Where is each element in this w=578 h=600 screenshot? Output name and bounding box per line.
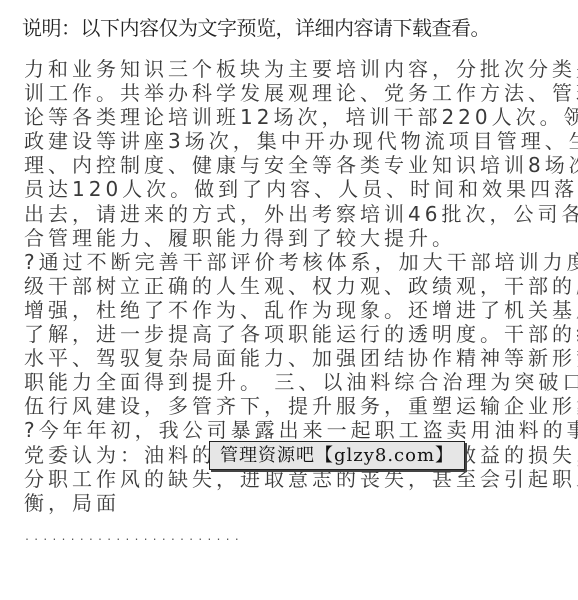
text-line: 出去，请进来的方式，外出考察培训46批次，公司各级干部综 bbox=[24, 202, 556, 226]
text-line: 员达120人次。做到了内容、人员、时间和效果四落实。利用走 bbox=[24, 177, 556, 201]
text-line: 增强，杜绝了不作为、乱作为现象。还增进了机关基层的相互 bbox=[24, 298, 556, 322]
text-line: ?通过不断完善干部评价考核体系，加大干部培训力度，引导各 bbox=[24, 250, 556, 274]
text-line: 伍行风建设，多管齐下，提升服务，重塑运输企业形象 bbox=[24, 394, 556, 418]
text-line: 了解，进一步提高了各项职能运行的透明度。干部的统筹兼顾 bbox=[24, 322, 556, 346]
text-line: 论等各类理论培训班12场次，培训干部220人次。领导艺术、廉 bbox=[24, 105, 556, 129]
text-line: 合管理能力、履职能力得到了较大提升。 bbox=[24, 226, 556, 250]
text-line: ?今年年初，我公司暴露出来一起职工盗卖用油料的事件。公司 bbox=[24, 418, 556, 442]
watermark-banner: 管理资源吧【glzy8.com】 bbox=[209, 441, 465, 470]
text-line: 力和业务知识三个板块为主要培训内容，分批次分类别开展培 bbox=[24, 57, 556, 81]
text-line: 职能力全面得到提升。 三、以油料综合治理为突破口，狠抓队 bbox=[24, 370, 556, 394]
text-line: 分职工作风的缺失，进取意志的丧失，甚至会引起职工心态失 bbox=[24, 467, 556, 491]
text-line: 训工作。共举办科学发展观理论、党务工作方法、管理提升理 bbox=[24, 81, 556, 105]
text-line: 理、内控制度、健康与安全等各类专业知识培训8场次，参训人 bbox=[24, 153, 556, 177]
truncation-ellipsis: ........................ bbox=[24, 532, 243, 543]
text-line: 水平、驾驭复杂局面能力、加强团结协作精神等新形势下的履 bbox=[24, 346, 556, 370]
text-line: 政建设等讲座3场次，集中开办现代物流项目管理、生产运行管 bbox=[24, 129, 556, 153]
text-line: 衡，局面 bbox=[24, 491, 556, 515]
text-line: 级干部树立正确的人生观、权力观、政绩观，干部的服务意识 bbox=[24, 274, 556, 298]
preview-notice: 说明：以下内容仅为文字预览，详细内容请下载查看。 bbox=[22, 14, 490, 42]
